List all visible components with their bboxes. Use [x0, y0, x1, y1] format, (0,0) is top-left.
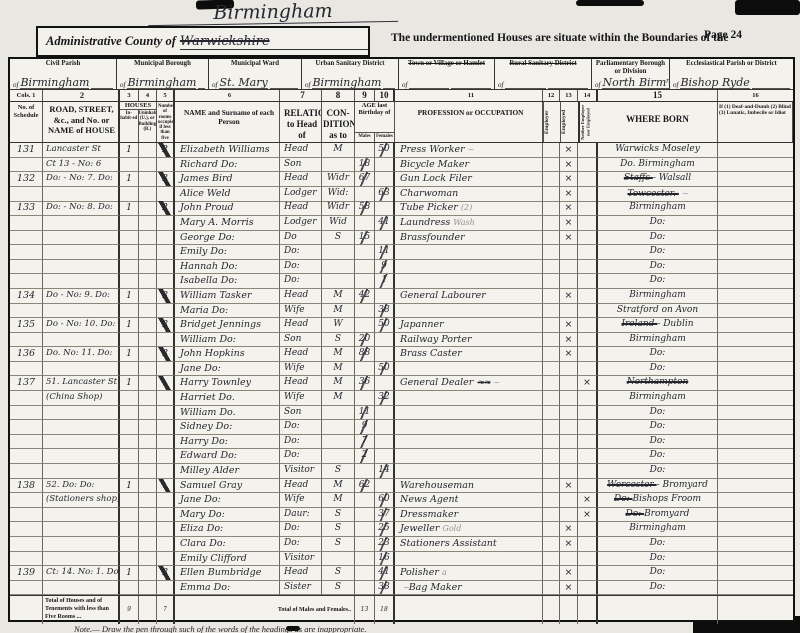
- cell-inhabited: 1: [120, 347, 139, 362]
- cell-uninhabited: [139, 304, 157, 319]
- cell-neither: ×: [578, 508, 598, 523]
- table-row: Emily Do:Do:11Do:: [10, 245, 793, 260]
- cell-age-male: 36: [355, 376, 375, 391]
- cell-relation: Do: [280, 231, 322, 246]
- district-value: Birmingham: [312, 77, 381, 89]
- district-underline: [198, 78, 205, 89]
- cell-rooms: 3: [157, 172, 175, 187]
- cell-relation: Daur:: [280, 508, 322, 523]
- cell-infirmity: [718, 566, 793, 581]
- cell-relation: Visitor: [280, 464, 322, 479]
- born-text: Bromyard: [644, 509, 689, 519]
- cell-uninhabited: [139, 289, 157, 304]
- totals-spacer: [10, 596, 43, 624]
- cell-employed: [560, 260, 578, 275]
- table-row: Isabella Do:Do:1Do:: [10, 274, 793, 289]
- cell-age-male: 42: [355, 289, 375, 304]
- cell-condition: M: [322, 143, 355, 158]
- cell-condition: [322, 420, 355, 435]
- cell-schedule: [10, 260, 43, 275]
- header-where-born: WHERE BORN: [598, 102, 718, 142]
- cell-schedule: [10, 493, 43, 508]
- cell-employed: [560, 362, 578, 377]
- cell-condition: M: [322, 304, 355, 319]
- cell-born: Do:: [598, 274, 718, 289]
- cell-name: Isabella Do:: [175, 274, 280, 289]
- cell-born: Birmingham: [598, 522, 718, 537]
- table-row: 13852. Do: Do:1Samuel GrayHeadM62Warehou…: [10, 479, 793, 494]
- cell-employer: [543, 231, 560, 246]
- cell-uninhabited: [139, 566, 157, 581]
- cell-rooms: [157, 464, 175, 479]
- cell-infirmity: [718, 391, 793, 406]
- cell-age-male: 88: [355, 347, 375, 362]
- cell-condition: S: [322, 333, 355, 348]
- table-row: Mary Do:Daur:S37Dressmaker×Do: Bromyard: [10, 508, 793, 523]
- column-number: 2: [43, 90, 120, 101]
- cell-relation: Do:: [280, 420, 322, 435]
- cell-inhabited: [120, 537, 139, 552]
- born-text: Birmingham: [629, 523, 685, 533]
- district-cell: Civil ParishofBirmingham: [10, 59, 117, 89]
- cell-infirmity: [718, 347, 793, 362]
- born-struck-text: Do:: [626, 509, 645, 519]
- district-value: [409, 78, 449, 89]
- cell-born: Do: Bromyard: [598, 508, 718, 523]
- district-of-prefix: of: [595, 81, 600, 89]
- cell-neither: [578, 522, 598, 537]
- cell-born: Do:: [598, 245, 718, 260]
- pencil-mark: ~: [682, 189, 688, 198]
- header-age: AGE last Birthday of: [355, 102, 394, 132]
- table-row: (Stationers shop)Jane Do:WifeM60News Age…: [10, 493, 793, 508]
- cell-address: [43, 187, 120, 202]
- district-underline: [548, 78, 588, 89]
- cell-neither: [578, 435, 598, 450]
- cell-age-female: 50: [375, 318, 395, 333]
- cell-name: Emily Clifford: [175, 552, 280, 567]
- cell-name: Mary Do:: [175, 508, 280, 523]
- cell-address: [43, 449, 120, 464]
- cell-rooms: 2: [157, 201, 175, 216]
- totals-empty: [543, 596, 560, 624]
- cell-born: Towcester. ~: [598, 187, 718, 202]
- cell-age-female: [375, 406, 395, 421]
- cell-infirmity: [718, 420, 793, 435]
- table-row: Emily CliffordVisitor16Do:: [10, 552, 793, 567]
- cell-uninhabited: [139, 508, 157, 523]
- cell-born: Birmingham: [598, 201, 718, 216]
- occupation-text: Japanner: [400, 319, 444, 330]
- column-number: 10: [375, 90, 395, 101]
- cell-schedule: [10, 158, 43, 173]
- cell-inhabited: [120, 158, 139, 173]
- cell-address: [43, 537, 120, 552]
- cell-condition: [322, 406, 355, 421]
- cell-rooms: [157, 333, 175, 348]
- census-scan-page: Birmingham Administrative County of Warw…: [0, 0, 800, 633]
- table-row: (China Shop)Harriet Do.WifeM32Birmingham: [10, 391, 793, 406]
- cell-employer: [543, 522, 560, 537]
- cell-employed: [560, 245, 578, 260]
- table-row: William Do:SonS20Railway Porter×Birmingh…: [10, 333, 793, 348]
- cell-infirmity: [718, 581, 793, 596]
- cell-inhabited: 1: [120, 143, 139, 158]
- born-text: Birmingham: [629, 334, 685, 344]
- cell-relation: Visitor: [280, 552, 322, 567]
- cell-name: Harry Do:: [175, 435, 280, 450]
- cell-uninhabited: [139, 231, 157, 246]
- district-value: Bishop Ryde: [680, 77, 749, 89]
- cell-rooms: 3: [157, 318, 175, 333]
- cell-employer: [543, 420, 560, 435]
- occupation-text: Charwoman: [400, 188, 458, 199]
- cell-relation: Head: [280, 318, 322, 333]
- occupation-text: Stationers Assistant: [400, 538, 497, 549]
- cell-schedule: [10, 274, 43, 289]
- cell-condition: S: [322, 522, 355, 537]
- cell-infirmity: [718, 449, 793, 464]
- cell-uninhabited: [139, 552, 157, 567]
- district-underline: [752, 78, 790, 89]
- cell-infirmity: [718, 260, 793, 275]
- cell-age-male: [355, 581, 375, 596]
- cell-rooms: [157, 449, 175, 464]
- cell-rooms: [157, 274, 175, 289]
- cell-address: Do: - No: 8. Do:: [43, 201, 120, 216]
- header-condition: CON-DITION as to Marriage: [322, 102, 355, 142]
- column-number: 4: [139, 90, 157, 101]
- cell-age-male: 7: [355, 435, 375, 450]
- cell-employer: [543, 406, 560, 421]
- district-header: Civil ParishofBirminghamMunicipal Boroug…: [10, 59, 793, 90]
- cell-address: Ct: 14. No: 1. Do: [43, 566, 120, 581]
- cell-employed: [560, 435, 578, 450]
- cell-neither: [578, 304, 598, 319]
- cell-employer: [543, 260, 560, 275]
- totals-empty: [395, 596, 543, 624]
- cell-neither: [578, 289, 598, 304]
- cell-schedule: [10, 537, 43, 552]
- cell-address: [43, 406, 120, 421]
- cell-age-female: [375, 333, 395, 348]
- column-number: 13: [560, 90, 578, 101]
- cell-schedule: 135: [10, 318, 43, 333]
- cell-schedule: [10, 304, 43, 319]
- occupation-text: Warehouseman: [400, 480, 474, 491]
- born-text: Warwicks Moseley: [615, 144, 700, 154]
- cell-born: Do:: [598, 566, 718, 581]
- cell-employer: [543, 201, 560, 216]
- cell-address: [43, 245, 120, 260]
- cell-condition: S: [322, 581, 355, 596]
- cell-born: Do:: [598, 435, 718, 450]
- table-row: Jane Do:WifeM50Do:: [10, 362, 793, 377]
- cell-employer: [543, 318, 560, 333]
- cell-relation: Do:: [280, 260, 322, 275]
- cell-uninhabited: [139, 216, 157, 231]
- cell-inhabited: [120, 274, 139, 289]
- cell-inhabited: 1: [120, 201, 139, 216]
- district-value: [505, 78, 545, 89]
- cell-schedule: 137: [10, 376, 43, 391]
- cell-age-female: [375, 201, 395, 216]
- cell-neither: ×: [578, 493, 598, 508]
- cell-employed: [560, 391, 578, 406]
- cell-condition: M: [322, 376, 355, 391]
- cell-born: Do:: [598, 537, 718, 552]
- cell-age-male: [355, 464, 375, 479]
- table-row: Mary A. MorrisLodgerWid41LaundressWash×D…: [10, 216, 793, 231]
- cell-age-female: 14: [375, 464, 395, 479]
- cell-name: Emily Do:: [175, 245, 280, 260]
- totals-uninhabited: [139, 596, 157, 624]
- cell-schedule: [10, 406, 43, 421]
- totals-row: Total of Houses and of Tenements with le…: [10, 595, 793, 624]
- cell-condition: Wid:: [322, 187, 355, 202]
- column-number: 14: [578, 90, 598, 101]
- cell-employed: ×: [560, 318, 578, 333]
- cell-employed: [560, 406, 578, 421]
- cell-inhabited: 1: [120, 289, 139, 304]
- cell-inhabited: 1: [120, 172, 139, 187]
- cell-employed: [560, 552, 578, 567]
- cell-inhabited: [120, 420, 139, 435]
- cell-infirmity: [718, 187, 793, 202]
- cell-schedule: [10, 464, 43, 479]
- cell-uninhabited: [139, 420, 157, 435]
- cell-occupation: Brassfounder: [395, 231, 543, 246]
- cell-address: Do - No: 9. Do:: [43, 289, 120, 304]
- cell-address: [43, 420, 120, 435]
- cell-age-male: 2: [355, 449, 375, 464]
- cell-name: Samuel Gray: [175, 479, 280, 494]
- cell-inhabited: [120, 508, 139, 523]
- pencil-annotation: Wash: [453, 218, 475, 227]
- cell-condition: [322, 260, 355, 275]
- cell-born: Do. Birmingham: [598, 158, 718, 173]
- occupation-text: General Dealer: [400, 377, 473, 388]
- cell-occupation: Polishera: [395, 566, 543, 581]
- pencil-mark: ~: [493, 378, 499, 387]
- cell-employer: [543, 479, 560, 494]
- cell-schedule: [10, 216, 43, 231]
- cell-age-male: [355, 216, 375, 231]
- cell-relation: Head: [280, 172, 322, 187]
- cell-address: [43, 304, 120, 319]
- cell-neither: [578, 187, 598, 202]
- district-value-row: ofBishop Ryde: [673, 77, 790, 89]
- cell-occupation: JewellerGold: [395, 522, 543, 537]
- occupation-text: Bag Maker: [409, 582, 462, 593]
- cell-address: [43, 231, 120, 246]
- cell-inhabited: [120, 493, 139, 508]
- cell-infirmity: [718, 245, 793, 260]
- column-number: 11: [395, 90, 543, 101]
- header-age-males: Males: [355, 133, 375, 142]
- cell-employer: [543, 172, 560, 187]
- cell-age-male: 15: [355, 231, 375, 246]
- cell-born: Do:: [598, 581, 718, 596]
- cell-born: Birmingham: [598, 333, 718, 348]
- born-text: Birmingham: [629, 202, 685, 212]
- cell-address: 52. Do: Do:: [43, 479, 120, 494]
- cell-occupation: [395, 420, 543, 435]
- cell-name: Edward Do:: [175, 449, 280, 464]
- column-number: 9: [355, 90, 375, 101]
- cell-relation: Head: [280, 376, 322, 391]
- cell-address: [43, 362, 120, 377]
- cell-relation: Head: [280, 347, 322, 362]
- cell-occupation: LaundressWash: [395, 216, 543, 231]
- cell-age-male: 20: [355, 333, 375, 348]
- cell-occupation: Railway Porter: [395, 333, 543, 348]
- cell-infirmity: [718, 537, 793, 552]
- cell-schedule: [10, 362, 43, 377]
- cell-born: Stratford on Avon: [598, 304, 718, 319]
- cell-condition: [322, 245, 355, 260]
- cell-employer: [543, 435, 560, 450]
- cell-uninhabited: [139, 143, 157, 158]
- table-row: 136Do. No: 11. Do:13John HopkinsHeadM88B…: [10, 347, 793, 362]
- cell-address: [43, 216, 120, 231]
- cell-rooms: [157, 537, 175, 552]
- cell-age-male: [355, 552, 375, 567]
- cell-employed: [560, 449, 578, 464]
- cell-inhabited: [120, 391, 139, 406]
- cell-condition: [322, 552, 355, 567]
- born-text: Do:: [650, 450, 666, 460]
- cell-uninhabited: [139, 537, 157, 552]
- cell-occupation: ~Bag Maker: [395, 581, 543, 596]
- cell-uninhabited: [139, 260, 157, 275]
- cell-condition: S: [322, 231, 355, 246]
- struck-scrawl: ≈≈: [477, 378, 490, 388]
- cell-age-male: 67: [355, 172, 375, 187]
- cell-employer: [543, 493, 560, 508]
- cell-uninhabited: [139, 449, 157, 464]
- header-profession: PROFESSION or OCCUPATION: [395, 102, 543, 142]
- cell-occupation: Gun Lock Filer: [395, 172, 543, 187]
- cell-address: Do - No: 10. Do:: [43, 318, 120, 333]
- cell-occupation: Brass Caster: [395, 347, 543, 362]
- born-text: Do:: [650, 232, 666, 242]
- cell-schedule: 131: [10, 143, 43, 158]
- born-text: Do:: [650, 465, 666, 475]
- district-of-prefix: of: [212, 81, 217, 89]
- born-struck-text: Northampton: [627, 377, 689, 387]
- district-value-row: ofSt. Mary: [212, 77, 298, 89]
- cell-uninhabited: [139, 362, 157, 377]
- header-name: NAME and Surname of each Person: [175, 102, 280, 142]
- cell-condition: M: [322, 362, 355, 377]
- cell-name: George Do:: [175, 231, 280, 246]
- cell-rooms: [157, 216, 175, 231]
- cell-inhabited: [120, 435, 139, 450]
- cell-employed: [560, 464, 578, 479]
- header-age-group: AGE last Birthday of Males Females: [355, 102, 395, 142]
- district-value: Birmingham: [127, 77, 196, 89]
- cell-relation: Do:: [280, 435, 322, 450]
- cell-relation: Wife: [280, 304, 322, 319]
- county-handwritten-annotation: Birmingham: [148, 0, 398, 26]
- district-of-prefix: of: [13, 81, 18, 89]
- cell-infirmity: [718, 216, 793, 231]
- header-houses-group: HOUSES In-habit-ed Uninhabited (U.), or …: [120, 102, 157, 142]
- column-number: 12: [543, 90, 560, 101]
- cell-employed: ×: [560, 158, 578, 173]
- cell-employer: [543, 391, 560, 406]
- cell-age-male: [355, 391, 375, 406]
- cell-born: Do:: [598, 216, 718, 231]
- cell-address: [43, 260, 120, 275]
- cell-occupation: [395, 245, 543, 260]
- born-text: Do:: [650, 246, 666, 256]
- cell-inhabited: [120, 449, 139, 464]
- cell-employer: [543, 566, 560, 581]
- cell-neither: ×: [578, 376, 598, 391]
- born-text: Do:: [650, 567, 666, 577]
- born-text: Do:: [650, 348, 666, 358]
- footer-note: Note.— Draw the pen through such of the …: [74, 624, 366, 633]
- district-label: Rural Sanitary District: [498, 60, 588, 68]
- cell-schedule: [10, 581, 43, 596]
- cell-address: [43, 508, 120, 523]
- occupation-text: Railway Porter: [400, 334, 472, 345]
- cell-schedule: [10, 508, 43, 523]
- cell-neither: [578, 333, 598, 348]
- cell-age-female: [375, 158, 395, 173]
- cell-age-female: 63: [375, 187, 395, 202]
- pencil-mark: ~: [468, 145, 474, 154]
- cell-relation: Do:: [280, 449, 322, 464]
- table-row: Ct 13 - No: 6Richard Do:Son18Bicycle Mak…: [10, 158, 793, 173]
- cell-name: Jane Do:: [175, 362, 280, 377]
- cell-born: Do: Bishops Froom: [598, 493, 718, 508]
- table-row: 13751. Lancaster St1Harry TownleyHeadM36…: [10, 376, 793, 391]
- cell-address: Do: - No: 7. Do:: [43, 172, 120, 187]
- cell-condition: M: [322, 289, 355, 304]
- cell-uninhabited: [139, 172, 157, 187]
- cell-inhabited: [120, 216, 139, 231]
- district-underline: [451, 78, 491, 89]
- cell-born: Birmingham: [598, 289, 718, 304]
- cell-neither: [578, 274, 598, 289]
- born-text: Do:: [650, 363, 666, 373]
- cell-inhabited: [120, 464, 139, 479]
- cell-age-female: 38: [375, 581, 395, 596]
- cell-employed: ×: [560, 333, 578, 348]
- cell-neither: [578, 143, 598, 158]
- cell-employed: [560, 420, 578, 435]
- cell-uninhabited: [139, 493, 157, 508]
- cell-infirmity: [718, 304, 793, 319]
- cell-name: William Do:: [175, 333, 280, 348]
- district-label: Municipal Ward: [212, 60, 298, 68]
- cell-age-male: 11: [355, 406, 375, 421]
- cell-infirmity: [718, 508, 793, 523]
- occupation-text: Bicycle Maker: [400, 159, 469, 170]
- pencil-annotation: Gold: [442, 524, 461, 533]
- cell-infirmity: [718, 333, 793, 348]
- cell-rooms: [157, 493, 175, 508]
- cell-age-male: [355, 318, 375, 333]
- cell-address: Ct 13 - No: 6: [43, 158, 120, 173]
- cell-relation: Head: [280, 566, 322, 581]
- district-of-prefix: of: [305, 81, 310, 89]
- administrative-county-value: Warwickshire: [180, 34, 368, 50]
- undermentioned-houses-text: The undermentioned Houses are situate wi…: [391, 32, 728, 44]
